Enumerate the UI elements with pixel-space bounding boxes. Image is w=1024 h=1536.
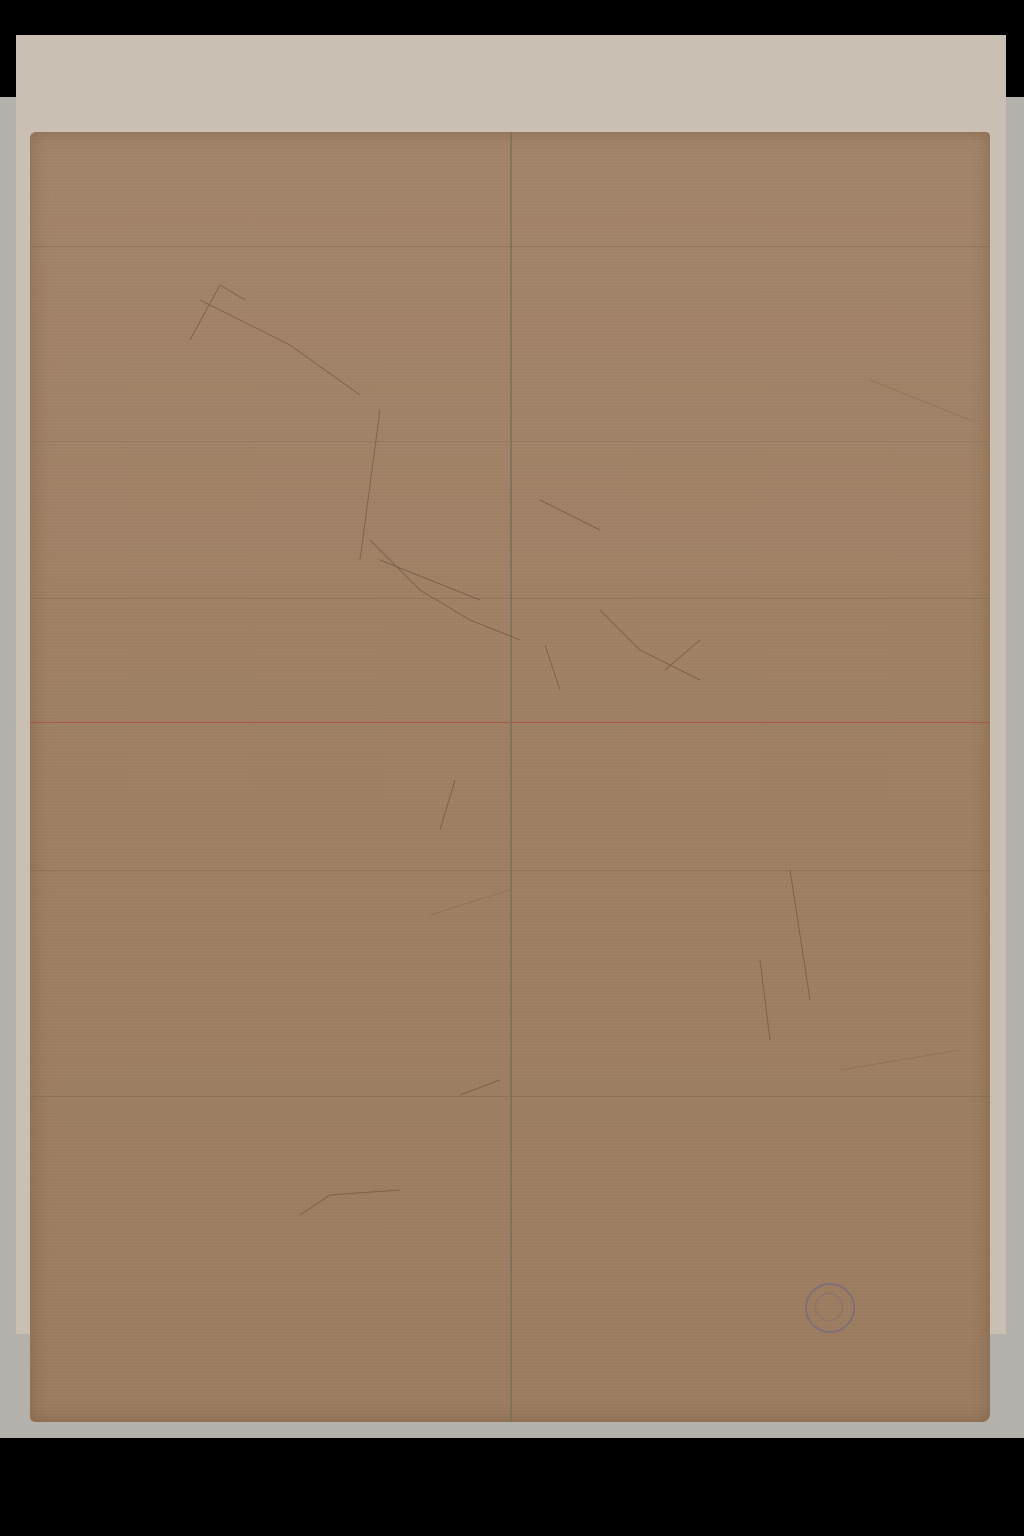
archive-seal-stamp — [805, 1283, 855, 1333]
survey-lines — [0, 0, 1024, 1536]
